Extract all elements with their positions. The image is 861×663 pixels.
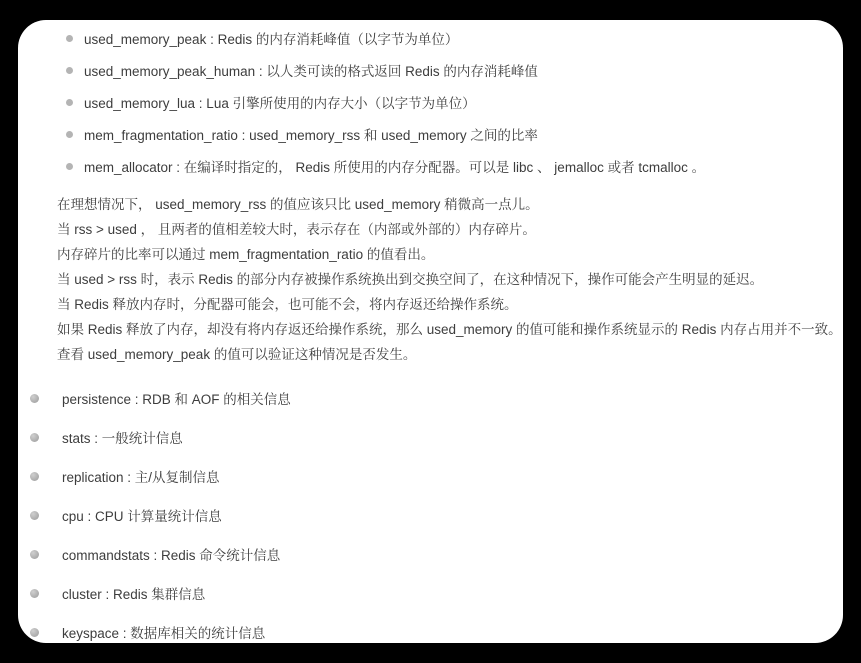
memory-fields-list: used_memory_peak : Redis 的内存消耗峰值（以字节为单位）… [18,28,705,188]
paragraph-line: 当 rss > used ， 且两者的值相差较大时，表示存在（内部或外部的）内存… [57,217,842,242]
list-item-text: keyspace : 数据库相关的统计信息 [62,622,265,642]
list-item: used_memory_peak : Redis 的内存消耗峰值（以字节为单位） [18,28,705,48]
list-item: cluster : Redis 集群信息 [18,583,291,603]
memory-notes-paragraph: 在理想情况下， used_memory_rss 的值应该只比 used_memo… [57,192,842,367]
page-background: { "theme": { "page_background": "#000000… [0,0,861,663]
list-item-text: used_memory_peak_human : 以人类可读的格式返回 Redi… [84,60,538,80]
bullet-icon [66,99,73,106]
paragraph-line: 当 used > rss 时，表示 Redis 的部分内存被操作系统换出到交换空… [57,267,842,292]
bullet-icon [30,628,39,637]
bullet-icon [30,394,39,403]
list-item-text: replication : 主/从复制信息 [62,466,220,486]
bullet-icon [30,589,39,598]
list-item: used_memory_peak_human : 以人类可读的格式返回 Redi… [18,60,705,80]
bullet-icon [66,35,73,42]
paragraph-line: 如果 Redis 释放了内存，却没有将内存返还给操作系统，那么 used_mem… [57,317,842,342]
list-item: cpu : CPU 计算量统计信息 [18,505,291,525]
list-item-text: mem_allocator : 在编译时指定的， Redis 所使用的内存分配器… [84,156,705,176]
bullet-icon [30,550,39,559]
bullet-icon [66,131,73,138]
list-item-text: persistence : RDB 和 AOF 的相关信息 [62,388,291,408]
paragraph-line: 当 Redis 释放内存时，分配器可能会，也可能不会，将内存返还给操作系统。 [57,292,842,317]
list-item-text: used_memory_lua : Lua 引擎所使用的内存大小（以字节为单位） [84,92,476,112]
list-item-text: commandstats : Redis 命令统计信息 [62,544,280,564]
paragraph-line: 查看 used_memory_peak 的值可以验证这种情况是否发生。 [57,342,842,367]
list-item: mem_allocator : 在编译时指定的， Redis 所使用的内存分配器… [18,156,705,176]
bullet-icon [30,472,39,481]
list-item-text: used_memory_peak : Redis 的内存消耗峰值（以字节为单位） [84,28,458,48]
list-item-text: cluster : Redis 集群信息 [62,583,205,603]
document-page: used_memory_peak : Redis 的内存消耗峰值（以字节为单位）… [18,20,843,643]
list-item-text: mem_fragmentation_ratio : used_memory_rs… [84,124,538,144]
paragraph-line: 内存碎片的比率可以通过 mem_fragmentation_ratio 的值看出… [57,242,842,267]
list-item-text: cpu : CPU 计算量统计信息 [62,505,222,525]
bullet-icon [66,67,73,74]
list-item: mem_fragmentation_ratio : used_memory_rs… [18,124,705,144]
list-item: stats : 一般统计信息 [18,427,291,447]
list-item: replication : 主/从复制信息 [18,466,291,486]
list-item: keyspace : 数据库相关的统计信息 [18,622,291,642]
bullet-icon [66,163,73,170]
list-item: commandstats : Redis 命令统计信息 [18,544,291,564]
list-item: used_memory_lua : Lua 引擎所使用的内存大小（以字节为单位） [18,92,705,112]
bullet-icon [30,433,39,442]
paragraph-line: 在理想情况下， used_memory_rss 的值应该只比 used_memo… [57,192,842,217]
info-sections-list: persistence : RDB 和 AOF 的相关信息 stats : 一般… [18,388,291,643]
list-item-text: stats : 一般统计信息 [62,427,183,447]
bullet-icon [30,511,39,520]
list-item: persistence : RDB 和 AOF 的相关信息 [18,388,291,408]
